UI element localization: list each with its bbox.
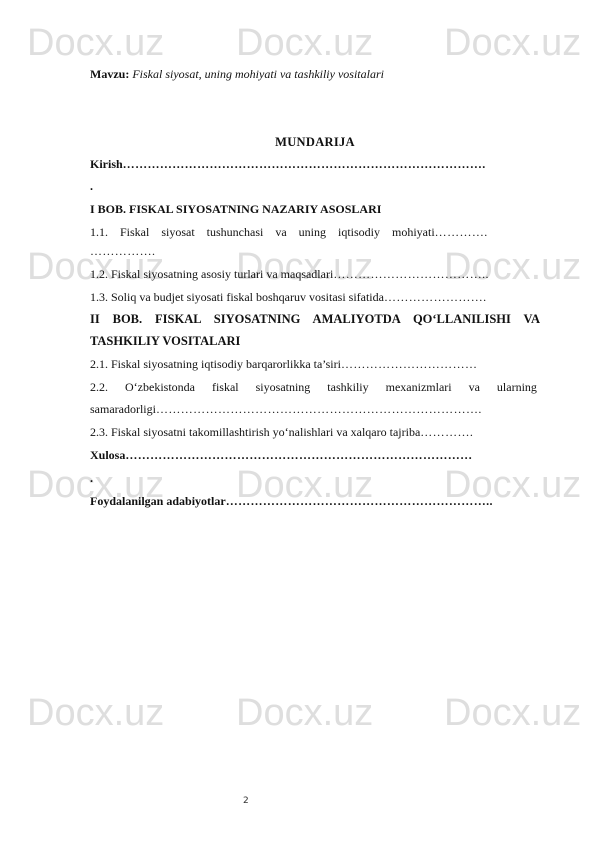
topic-label: Mavzu: [90,67,129,81]
topic-value: Fiskal siyosat, uning mohiyati va tashki… [132,67,384,81]
toc-entry-1-1-continuation: ……………. [90,243,540,259]
watermark: Docx.uz [444,694,581,732]
watermark: Docx.uz [444,24,581,62]
toc-entry-xulosa[interactable]: Xulosa………………………………………………………………………… [90,447,540,463]
toc-entry-2-3[interactable]: 2.3. Fiskal siyosatni takomillashtirish … [90,424,540,440]
watermark: Docx.uz [27,24,164,62]
toc-entry-1-2[interactable]: 1.2. Fiskal siyosatning asosiy turlari v… [90,266,540,282]
topic-line: Mavzu: Fiskal siyosat, uning mohiyati va… [90,66,540,82]
toc-entry-xulosa-continuation: . [90,470,540,486]
toc-title: MUNDARIJA [90,134,540,150]
toc-entry-chapter-1[interactable]: I BOB. FISKAL SIYOSATNING NAZARIY ASOSLA… [90,201,540,217]
watermark: Docx.uz [236,694,373,732]
toc-entry-chapter-2-continuation: TASHKILIY VOSITALARI [90,333,540,349]
toc-entry-continuation: . [90,178,540,194]
toc-entry-2-2-continuation: samaradorligi……………………………………………………………………. [90,401,540,417]
toc-entry-1-3[interactable]: 1.3. Soliq va budjet siyosati fiskal bos… [90,289,540,305]
toc-entry-kirish[interactable]: Kirish……………………………………………………………………………. [90,156,540,172]
watermark: Docx.uz [27,694,164,732]
toc-entry-2-1[interactable]: 2.1. Fiskal siyosatning iqtisodiy barqar… [90,356,540,372]
toc-entry-2-2[interactable]: 2.2. O‘zbekistonda fiskal siyosatning ta… [90,379,540,395]
document-page: Docx.uz Docx.uz Docx.uz Docx.uz Docx.uz … [0,0,595,842]
watermark: Docx.uz [236,24,373,62]
toc-entry-references[interactable]: Foydalanilgan adabiyotlar………………………………………… [90,493,540,509]
page-number: 2 [243,796,249,806]
toc-entry-chapter-2[interactable]: II BOB. FISKAL SIYOSATNING AMALIYOTDA QO… [90,311,540,327]
toc-entry-1-1[interactable]: 1.1. Fiskal siyosat tushunchasi va uning… [90,224,540,240]
